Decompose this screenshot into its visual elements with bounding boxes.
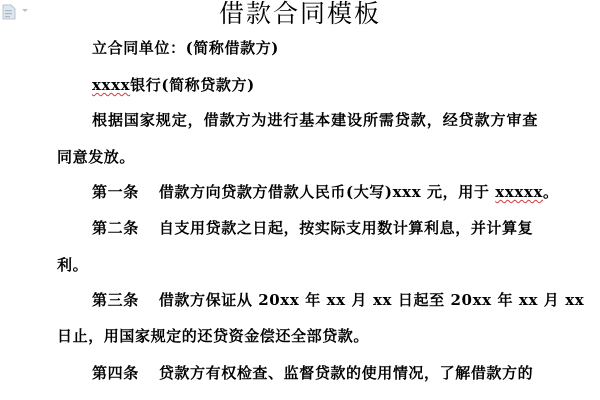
line-text: 同意发放。 (57, 148, 135, 166)
line-text: 贷款方有权检查、监督贷款的使用情况，了解借款方的 (159, 364, 533, 382)
party-lender-line: xxxx银行(简称贷款方) (92, 75, 255, 95)
line-text: 借款方向贷款方借款人民币(大写)xxx 元，用于 (159, 183, 490, 201)
document-title: 借款合同模板 (0, 0, 600, 30)
preamble-line-1: 根据国家规定，借款方为进行基本建设所需贷款，经贷款方审查 (92, 110, 538, 130)
line-text: 利。 (57, 256, 88, 274)
line-text: 根据国家规定，借款方为进行基本建设所需贷款，经贷款方审查 (92, 111, 538, 129)
article-label: 第四条 (92, 364, 139, 382)
preamble-line-2: 同意发放。 (57, 147, 135, 167)
article-1: 第一条借款方向贷款方借款人民币(大写)xxx 元，用于 xxxxx。 (92, 182, 559, 202)
article-label: 第二条 (92, 219, 139, 237)
article-4: 第四条贷款方有权检查、监督贷款的使用情况，了解借款方的 (92, 363, 533, 383)
line-text: 借款方保证从 20xx 年 xx 月 xx 日起至 20xx 年 xx 月 xx (159, 291, 585, 309)
article-label: 第一条 (92, 183, 139, 201)
article-2: 第二条自支用贷款之日起，按实际支用数计算利息，并计算复 (92, 218, 533, 238)
article-3-cont: 日止，用国家规定的还贷资金偿还全部贷款。 (57, 326, 369, 346)
article-2-cont: 利。 (57, 255, 88, 275)
party-borrower-line: 立合同单位：(简称借款方) (92, 38, 279, 58)
line-end: 。 (543, 183, 559, 201)
line-text: 自支用贷款之日起，按实际支用数计算利息，并计算复 (159, 219, 533, 237)
line-text: 立合同单位：(简称借款方) (92, 39, 279, 57)
placeholder-purpose: xxxxx (495, 183, 543, 201)
article-label: 第三条 (92, 291, 139, 309)
placeholder-bank-name: xxxx (92, 76, 130, 94)
line-text: 银行(简称贷款方) (130, 76, 255, 94)
article-3: 第三条借款方保证从 20xx 年 xx 月 xx 日起至 20xx 年 xx 月… (92, 290, 584, 310)
line-text: 日止，用国家规定的还贷资金偿还全部贷款。 (57, 327, 369, 345)
